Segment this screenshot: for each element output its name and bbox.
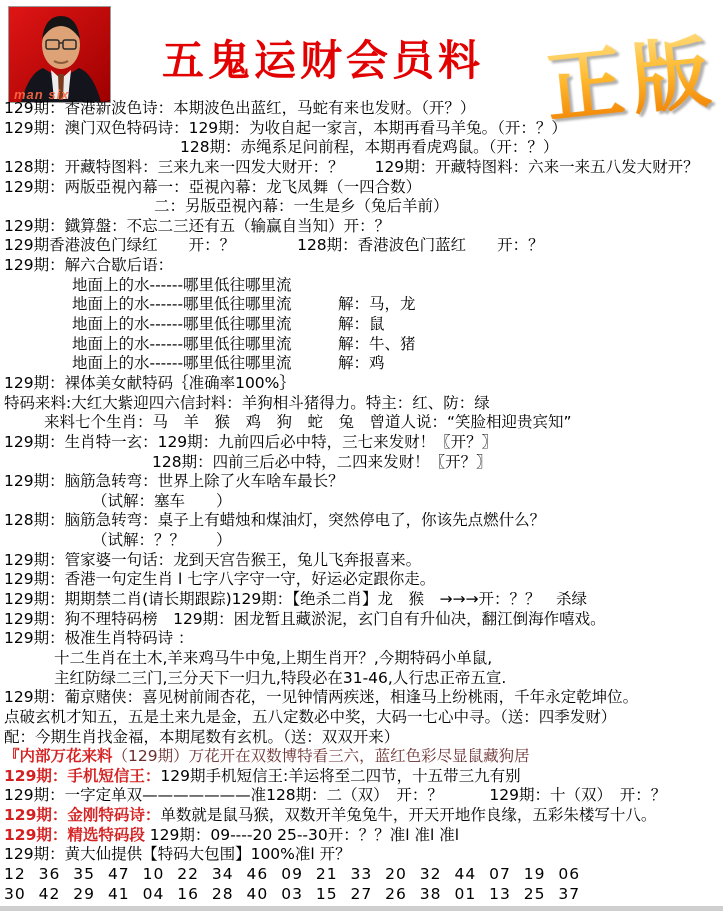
text-segment: （试解：塞车 ） [92, 492, 232, 510]
text-line: 129期：精选特码段 129期：09----20 25--30开：？？准l 准l… [4, 826, 723, 846]
text-segment: 128期：赤绳系足问前程，本期再看虎鸡鼠。（开：？） [180, 138, 558, 156]
text-segment: 地面上的水------哪里低往哪里流 解：鼠 [72, 315, 385, 333]
text-line: （试解：塞车 ） [4, 492, 723, 512]
text-line: 129期：香港新波色诗：本期波色出蓝红，马蛇有来也发财。（开？） [4, 99, 723, 119]
text-line: 二：另版亞視內幕：一生是乡（兔后羊前） [4, 197, 723, 217]
text-line: 129期：香港一句定生肖 l 七字八字守一守，好运必定跟你走。 [4, 570, 723, 590]
text-segment: 点破玄机才知五，五是土来九是金，五八定数必中奖，大码一七心中寻。（送：四季发财） [4, 708, 616, 726]
text-line: 129期：金刚特码诗：单数就是鼠马猴，双数开羊兔兔牛，开天开地作良缘，五彩朱楼写… [4, 806, 723, 826]
text-line: 129期：生肖特一玄：129期：九前四后必中特，三七来发财！〖开？〗 [4, 433, 723, 453]
text-line: 地面上的水------哪里低往哪里流 解：鸡 [4, 354, 723, 374]
text-line: 128期：赤绳系足问前程，本期再看虎鸡鼠。（开：？） [4, 138, 723, 158]
text-segment: 129期：澳门双色特码诗：129期：为收自起一家言，本期再看马羊兔。（开：？） [4, 119, 567, 137]
text-segment: 129期：09----20 25--30开：？？准l 准l 准l [145, 826, 459, 844]
text-segment: 129期：黄大仙提供【特码大包围】100%准l 开？ [4, 845, 351, 863]
text-segment: 来料七个生肖：马 羊 猴 鸡 狗 蛇 兔 曾道人说：“笑脸相迎贵宾知” [44, 413, 572, 431]
bottom-gray-strip [0, 906, 723, 911]
text-segment: 特码来料:大红大紫迎四六信封料：羊狗相斗猪得力。特主：红、防：绿 [4, 394, 490, 412]
text-segment: 129期：鐡算盤：不忘二三还有五（输赢自当知）开：？ [4, 217, 390, 235]
text-line: 129期：管家婆一句话：龙到天宫告猴王，兔儿飞奔报喜来。 [4, 551, 723, 571]
text-segment: 配：今期生肖找金福，本期尾数有玄机。（送：双双开来） [4, 728, 399, 746]
text-segment: 129期：香港新波色诗：本期波色出蓝红，马蛇有来也发财。（开？） [4, 99, 475, 117]
text-line: 129期：裸体美女献特码｛准确率100%｝ [4, 374, 723, 394]
text-line: 地面上的水------哪里低往哪里流 [4, 276, 723, 296]
text-segment: 129期：生肖特一玄：129期：九前四后必中特，三七来发财！〖开？〗 [4, 433, 497, 451]
text-segment: （试解：？？ ） [92, 531, 232, 549]
page: man six 五鬼运财会员料 正版 129期：香港新波色诗：本期波色出蓝红，马… [0, 0, 723, 911]
text-line: 129期：解六合歇后语： [4, 256, 723, 276]
text-segment: 129期：香港一句定生肖 l 七字八字守一守，好运必定跟你走。 [4, 570, 435, 588]
text-segment: 30 42 29 41 04 16 28 40 03 15 27 26 38 0… [4, 885, 580, 903]
text-line: 129期：期期禁二肖(请长期跟踪)129期：【绝杀二肖】龙 猴 →→→开：？？ … [4, 590, 723, 610]
text-line: 129期：脑筋急转弯：世界上除了火车啥车最长？ [4, 472, 723, 492]
text-segment: 地面上的水------哪里低往哪里流 解：马，龙 [72, 295, 416, 313]
text-line: 地面上的水------哪里低往哪里流 解：马，龙 [4, 295, 723, 315]
text-line: 129期：澳门双色特码诗：129期：为收自起一家言，本期再看马羊兔。（开：？） [4, 119, 723, 139]
text-line: 129期：两版亞視內幕一：亞視內幕：龙飞凤舞（一四合数） [4, 178, 723, 198]
text-line: 来料七个生肖：马 羊 猴 鸡 狗 蛇 兔 曾道人说：“笑脸相迎贵宾知” [4, 413, 723, 433]
text-segment: 129期手机短信王:羊运将至二四节，十五带三九有别 [160, 767, 520, 785]
text-segment: 128期：脑筋急转弯：桌子上有蜡烛和煤油灯，突然停电了，你该先点燃什么？ [4, 511, 545, 529]
text-segment: 12 36 35 47 10 22 34 46 09 21 33 20 32 4… [4, 865, 580, 883]
text-segment: 129期：裸体美女献特码｛准确率100%｝ [4, 374, 295, 392]
text-line: 十二生肖在土木,羊来鸡马牛中兔,上期生肖开？,今期特码小单鼠, [4, 649, 723, 669]
text-line: 配：今期生肖找金福，本期尾数有玄机。（送：双双开来） [4, 728, 723, 748]
text-segment: 128期：四前三后必中特，二四来发财！〖开？〗 [152, 453, 492, 471]
text-segment: 128期：开藏特图料：三来九来一四发大财开：？ 129期：开藏特图料：六来一来五… [4, 158, 699, 176]
text-segment: 129期：手机短信王： [4, 767, 160, 785]
text-segment: 主红防绿二三门,三分天下一归九,特段必在31-46,人行忠正帝五宣. [54, 669, 506, 687]
text-line: 128期：脑筋急转弯：桌子上有蜡烛和煤油灯，突然停电了，你该先点燃什么？ [4, 511, 723, 531]
text-segment: 单数就是鼠马猴，双数开羊兔兔牛，开天开地作良缘，五彩朱楼写十八。 [160, 806, 656, 824]
text-segment: 129期：解六合歇后语： [4, 256, 173, 274]
text-line: 『内部万花来料（129期）万花开在双数博特看三六，蓝红色彩尽显鼠藏狗居 [4, 747, 723, 767]
text-segment: 129期：期期禁二肖(请长期跟踪)129期：【绝杀二肖】龙 猴 →→→开：？？ … [4, 590, 587, 608]
text-line: 特码来料:大红大紫迎四六信封料：羊狗相斗猪得力。特主：红、防：绿 [4, 394, 723, 414]
text-segment: 『内部万花来料 [4, 747, 113, 765]
text-segment: 129期：葡京赌侠：喜见树前闹杏花，一见钟情两疾迷，相逢马上纷桃雨，千年永定乾坤… [4, 688, 638, 706]
body-lines: 129期：香港新波色诗：本期波色出蓝红，马蛇有来也发财。（开？）129期：澳门双… [4, 99, 723, 904]
text-line: 129期：黄大仙提供【特码大包围】100%准l 开？ [4, 845, 723, 865]
text-line: 12 36 35 47 10 22 34 46 09 21 33 20 32 4… [4, 865, 723, 885]
text-segment: 129期：精选特码段 [4, 826, 145, 844]
text-segment: 129期：管家婆一句话：龙到天宫告猴王，兔儿飞奔报喜来。 [4, 551, 421, 569]
text-line: 129期：手机短信王：129期手机短信王:羊运将至二四节，十五带三九有别 [4, 767, 723, 787]
text-segment: （129期）万花开在双数博特看三六，蓝红色彩尽显鼠藏狗居 [113, 747, 530, 765]
text-line: 128期：四前三后必中特，二四来发财！〖开？〗 [4, 453, 723, 473]
text-segment: 129期：金刚特码诗： [4, 806, 160, 824]
text-segment: 二：另版亞視內幕：一生是乡（兔后羊前） [154, 197, 449, 215]
text-segment: 地面上的水------哪里低往哪里流 [72, 276, 292, 294]
text-line: （试解：？？ ） [4, 531, 723, 551]
text-line: 128期：开藏特图料：三来九来一四发大财开：？ 129期：开藏特图料：六来一来五… [4, 158, 723, 178]
text-line: 点破玄机才知五，五是土来九是金，五八定数必中奖，大码一七心中寻。（送：四季发财） [4, 708, 723, 728]
text-line: 129期：一字定单双———————准128期：二（双） 开：？ 129期：十（双… [4, 786, 723, 806]
text-segment: 129期：一字定单双———————准128期：二（双） 开：？ 129期：十（双… [4, 786, 666, 804]
text-line: 地面上的水------哪里低往哪里流 解：牛、猪 [4, 335, 723, 355]
text-segment: 129期：两版亞視內幕一：亞視內幕：龙飞凤舞（一四合数） [4, 178, 421, 196]
text-segment: 129期香港波色门绿红 开：？ 128期：香港波色门蓝红 开：？ [4, 236, 544, 254]
text-line: 主红防绿二三门,三分天下一归九,特段必在31-46,人行忠正帝五宣. [4, 669, 723, 689]
text-line: 129期香港波色门绿红 开：？ 128期：香港波色门蓝红 开：？ [4, 236, 723, 256]
text-line: 129期：极准生肖特码诗 ： [4, 629, 723, 649]
text-line: 129期：鐡算盤：不忘二三还有五（输赢自当知）开：？ [4, 217, 723, 237]
portrait-photo: man six [8, 6, 111, 103]
text-segment: 地面上的水------哪里低往哪里流 解：牛、猪 [72, 335, 416, 353]
text-segment: 十二生肖在土木,羊来鸡马牛中兔,上期生肖开？,今期特码小单鼠, [54, 649, 492, 667]
text-segment: 129期：脑筋急转弯：世界上除了火车啥车最长？ [4, 472, 344, 490]
text-line: 30 42 29 41 04 16 28 40 03 15 27 26 38 0… [4, 885, 723, 905]
text-segment: 129期：极准生肖特码诗 ： [4, 629, 194, 647]
text-segment: 129期：狗不理特码榜 129期：困龙暂且藏淤泥，玄门自有升仙决，翻江倒海作嘻戏… [4, 610, 606, 628]
text-segment: 地面上的水------哪里低往哪里流 解：鸡 [72, 354, 385, 372]
text-line: 129期：狗不理特码榜 129期：困龙暂且藏淤泥，玄门自有升仙决，翻江倒海作嘻戏… [4, 610, 723, 630]
page-title: 五鬼运财会员料 [148, 28, 498, 88]
text-line: 地面上的水------哪里低往哪里流 解：鼠 [4, 315, 723, 335]
text-line: 129期：葡京赌侠：喜见树前闹杏花，一见钟情两疾迷，相逢马上纷桃雨，千年永定乾坤… [4, 688, 723, 708]
